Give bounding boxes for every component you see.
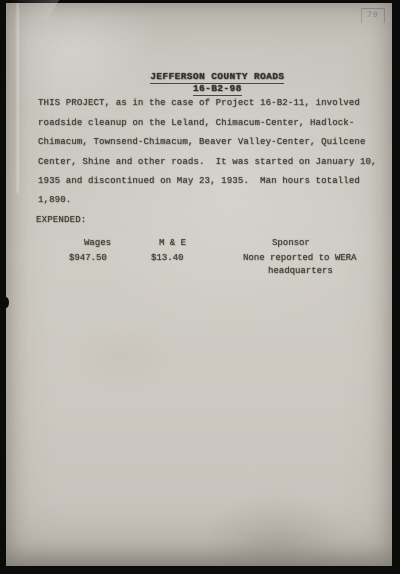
column-header-sponsor: Sponsor <box>272 238 310 248</box>
expended-label: EXPENDED: <box>36 215 86 225</box>
sponsor-value-line-2: headquarters <box>268 266 333 276</box>
paragraph-line-1: THIS PROJECT, as in the case of Project … <box>38 98 360 108</box>
paper-sheet: 79 JEFFERSON COUNTY ROADS 16-B2-98 THIS … <box>6 3 392 566</box>
sponsor-value-line-1: None reported to WERA <box>243 253 356 263</box>
paragraph-line-4: Center, Shine and other roads. It was st… <box>38 157 377 167</box>
m-and-e-value: $13.40 <box>151 253 183 263</box>
paragraph-line-3: Chimacum, Townsend-Chimacum, Beaver Vall… <box>38 137 366 147</box>
column-header-m-and-e: M & E <box>159 238 186 248</box>
page-number-annotation: 79 <box>361 8 385 23</box>
paragraph-line-2: roadside cleanup on the Leland, Chimacum… <box>38 118 354 128</box>
scanned-document-photo: 79 JEFFERSON COUNTY ROADS 16-B2-98 THIS … <box>0 0 400 574</box>
column-header-wages: Wages <box>84 238 111 248</box>
project-number-text: 16-B2-98 <box>193 83 242 96</box>
wages-value: $947.50 <box>69 253 107 263</box>
photo-edge-notch <box>3 297 9 308</box>
paragraph-line-5: 1935 and discontinued on May 23, 1935. M… <box>38 176 360 186</box>
paragraph-line-6: 1,890. <box>38 195 71 205</box>
paper-fold-corner <box>0 0 63 44</box>
